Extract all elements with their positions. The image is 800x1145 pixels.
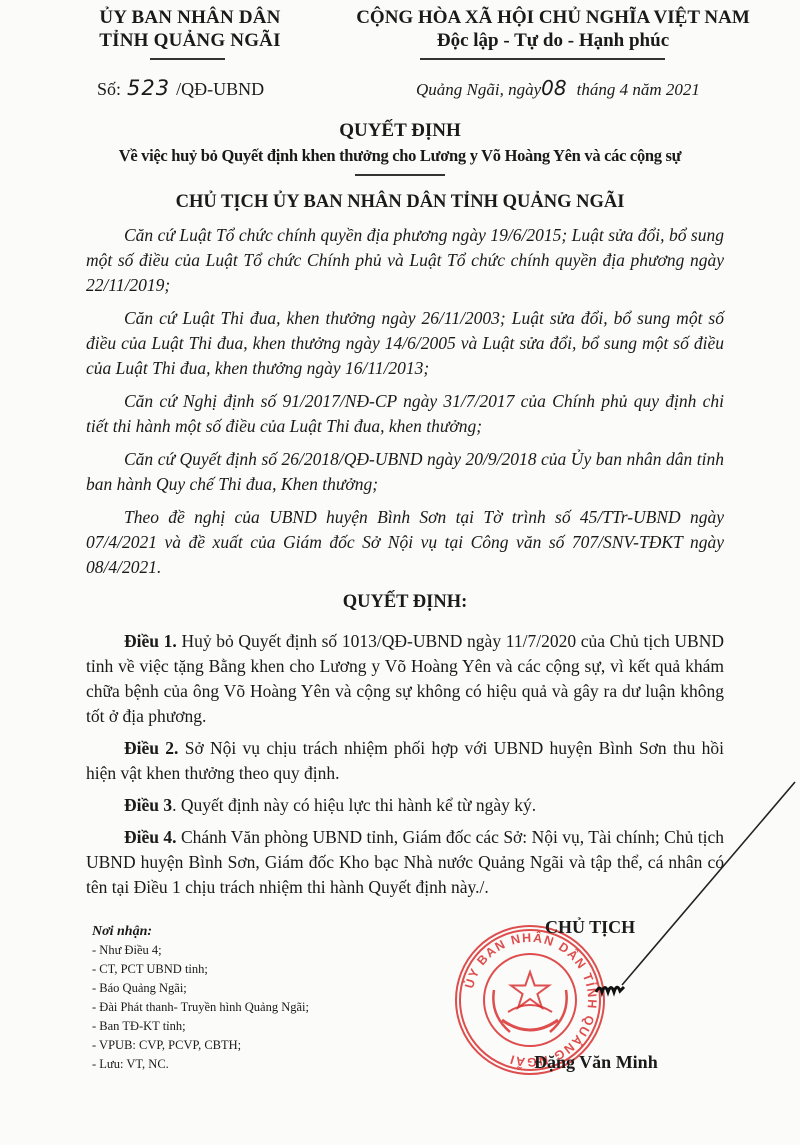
document-title: QUYẾT ĐỊNH [0, 120, 800, 142]
recipient-item: - Báo Quảng Ngãi; [92, 979, 309, 998]
article-1: Điều 1. Huỷ bỏ Quyết định số 1013/QĐ-UBN… [86, 629, 724, 729]
number-suffix: /QĐ-UBND [176, 79, 264, 99]
date-day: 08 [541, 76, 566, 100]
recipient-item: - VPUB: CVP, PCVP, CBTH; [92, 1036, 309, 1055]
article-text: . Quyết định này có hiệu lực thi hành kể… [172, 795, 536, 815]
date-prefix: Quảng Ngãi, ngày [416, 80, 541, 99]
motto-underline [420, 58, 665, 60]
document-number: Số:523/QĐ-UBND [97, 76, 264, 100]
recipients-block: Nơi nhận: - Như Điều 4; - CT, PCT UBND t… [92, 922, 309, 1074]
issuer-line-2: TỈNH QUẢNG NGÃI [60, 29, 320, 52]
recipient-item: - Như Điều 4; [92, 941, 309, 960]
article-text: Huỷ bỏ Quyết định số 1013/QĐ-UBND ngày 1… [86, 631, 724, 726]
legal-ground: Căn cứ Luật Thi đua, khen thưởng ngày 26… [86, 306, 724, 381]
number-prefix: Số: [97, 79, 121, 99]
article-label: Điều 2. [124, 738, 178, 758]
recipient-item: - Ban TĐ-KT tỉnh; [92, 1017, 309, 1036]
article-label: Điều 3 [124, 795, 172, 815]
subtitle-underline [355, 174, 445, 176]
issuing-authority: CHỦ TỊCH ỦY BAN NHÂN DÂN TỈNH QUẢNG NGÃI [0, 192, 800, 213]
date-suffix: tháng 4 năm 2021 [577, 80, 700, 99]
recipient-item: - Đài Phát thanh- Truyền hình Quảng Ngãi… [92, 998, 309, 1017]
document-subtitle: Về việc huỷ bỏ Quyết định khen thưởng ch… [0, 146, 800, 166]
document-date: Quảng Ngãi, ngày08tháng 4 năm 2021 [416, 76, 700, 100]
article-text: Chánh Văn phòng UBND tỉnh, Giám đốc các … [86, 827, 724, 897]
issuer-block: ỦY BAN NHÂN DÂN TỈNH QUẢNG NGÃI [60, 6, 320, 52]
article-4: Điều 4. Chánh Văn phòng UBND tỉnh, Giám … [86, 825, 724, 900]
number-value: 523 [127, 76, 170, 100]
recipients-heading: Nơi nhận: [92, 922, 309, 941]
article-label: Điều 4. [124, 827, 177, 847]
signatory-title: CHỦ TỊCH [545, 917, 635, 938]
article-label: Điều 1. [124, 631, 177, 651]
recipient-item: - Lưu: VT, NC. [92, 1055, 309, 1074]
legal-ground: Căn cứ Quyết định số 26/2018/QĐ-UBND ngà… [86, 447, 724, 497]
article-2: Điều 2. Sở Nội vụ chịu trách nhiệm phối … [86, 736, 724, 786]
legal-ground: Căn cứ Luật Tổ chức chính quyền địa phươ… [86, 223, 724, 298]
national-name: CỘNG HÒA XÃ HỘI CHỦ NGHĨA VIỆT NAM [318, 6, 788, 29]
article-text: Sở Nội vụ chịu trách nhiệm phối hợp với … [86, 738, 724, 783]
recipient-item: - CT, PCT UBND tỉnh; [92, 960, 309, 979]
issuer-line-1: ỦY BAN NHÂN DÂN [60, 6, 320, 29]
document-body: Căn cứ Luật Tổ chức chính quyền địa phươ… [86, 223, 724, 907]
legal-ground: Căn cứ Nghị định số 91/2017/NĐ-CP ngày 3… [86, 389, 724, 439]
article-3: Điều 3. Quyết định này có hiệu lực thi h… [86, 793, 724, 818]
decision-heading: QUYẾT ĐỊNH: [86, 590, 724, 615]
issuer-underline [150, 58, 225, 60]
signatory-name: Đặng Văn Minh [534, 1052, 658, 1073]
legal-ground: Theo đề nghị của UBND huyện Bình Sơn tại… [86, 505, 724, 580]
national-motto: Độc lập - Tự do - Hạnh phúc [318, 29, 788, 52]
national-motto-block: CỘNG HÒA XÃ HỘI CHỦ NGHĨA VIỆT NAM Độc l… [318, 6, 788, 52]
